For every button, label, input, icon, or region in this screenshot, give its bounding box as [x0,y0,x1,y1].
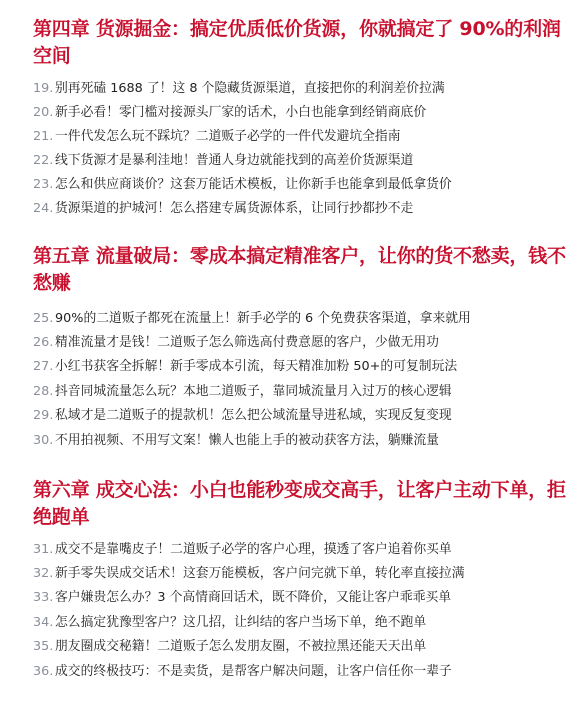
item-number: 20. [33,103,55,123]
list-item: 35.朋友圈成交秘籍！二道贩子怎么发朋友圈，不被拉黑还能天天出单 [33,637,426,657]
list-item: 36.成交的终极技巧：不是卖货，是帮客户解决问题，让客户信任你一辈子 [33,662,452,682]
item-number: 32. [33,564,55,584]
item-number: 33. [33,588,55,608]
item-text: 私域才是二道贩子的提款机！怎么把公域流量导进私域，实现反复变现 [55,408,452,423]
list-item: 27.小红书获客全拆解！新手零成本引流，每天精准加粉 50+的可复制玩法 [33,357,457,377]
item-text: 货源渠道的护城河！怎么搭建专属货源体系，让同行抄都抄不走 [55,201,413,216]
list-item: 31.成交不是靠嘴皮子！二道贩子必学的客户心理，摸透了客户追着你买单 [33,540,452,560]
item-text: 线下货源才是暴利洼地！普通人身边就能找到的高差价货源渠道 [55,153,413,168]
item-number: 21. [33,127,55,147]
item-number: 25. [33,309,55,329]
item-number: 19. [33,79,55,99]
item-text: 怎么和供应商谈价？这套万能话术模板，让你新手也能拿到最低拿货价 [55,177,452,192]
list-item: 32.新手零失误成交话术！这套万能模板，客户问完就下单，转化率直接拉满 [33,564,465,584]
list-item: 33.客户嫌贵怎么办？3 个高情商回话术，既不降价，又能让客户乖乖买单 [33,588,451,608]
item-text: 一件代发怎么玩不踩坑？二道贩子必学的一件代发避坑全指南 [55,129,401,144]
item-text: 成交不是靠嘴皮子！二道贩子必学的客户心理，摸透了客户追着你买单 [55,542,452,557]
item-text: 90%的二道贩子都死在流量上！新手必学的 6 个免费获客渠道，拿来就用 [55,311,471,326]
item-number: 36. [33,662,55,682]
list-item: 24.货源渠道的护城河！怎么搭建专属货源体系，让同行抄都抄不走 [33,199,413,219]
list-item: 34.怎么搞定犹豫型客户？这几招，让纠结的客户当场下单，绝不跑单 [33,613,426,633]
list-item: 25.90%的二道贩子都死在流量上！新手必学的 6 个免费获客渠道，拿来就用 [33,309,471,329]
item-number: 24. [33,199,55,219]
item-number: 30. [33,431,55,451]
item-number: 22. [33,151,55,171]
list-item: 19.别再死磕 1688 了！这 8 个隐藏货源渠道，直接把你的利润差价拉满 [33,79,445,99]
item-text: 不用拍视频、不用写文案！懒人也能上手的被动获客方法，躺赚流量 [55,433,439,448]
list-item: 22.线下货源才是暴利洼地！普通人身边就能找到的高差价货源渠道 [33,151,413,171]
item-text: 抖音同城流量怎么玩？本地二道贩子，靠同城流量月入过万的核心逻辑 [55,384,452,399]
item-text: 新手零失误成交话术！这套万能模板，客户问完就下单，转化率直接拉满 [55,566,465,581]
item-text: 客户嫌贵怎么办？3 个高情商回话术，既不降价，又能让客户乖乖买单 [55,590,451,605]
list-item: 28.抖音同城流量怎么玩？本地二道贩子，靠同城流量月入过万的核心逻辑 [33,382,452,402]
item-text: 别再死磕 1688 了！这 8 个隐藏货源渠道，直接把你的利润差价拉满 [55,81,445,96]
item-text: 朋友圈成交秘籍！二道贩子怎么发朋友圈，不被拉黑还能天天出单 [55,639,426,654]
chapter-title: 第六章 成交心法：小白也能秒变成交高手，让客户主动下单，拒绝跑单 [33,477,573,531]
item-number: 23. [33,175,55,195]
list-item: 21.一件代发怎么玩不踩坑？二道贩子必学的一件代发避坑全指南 [33,127,401,147]
item-number: 27. [33,357,55,377]
item-text: 新手必看！零门槛对接源头厂家的话术，小白也能拿到经销商底价 [55,105,426,120]
list-item: 20.新手必看！零门槛对接源头厂家的话术，小白也能拿到经销商底价 [33,103,426,123]
item-number: 35. [33,637,55,657]
list-item: 29.私域才是二道贩子的提款机！怎么把公域流量导进私域，实现反复变现 [33,406,452,426]
chapter-4: 第四章 货源掘金：搞定优质低价货源，你就搞定了 90%的利润空间 [33,16,573,70]
item-number: 34. [33,613,55,633]
item-text: 精准流量才是钱！二道贩子怎么筛选高付费意愿的客户，少做无用功 [55,335,439,350]
chapter-5: 第五章 流量破局：零成本搞定精准客户，让你的货不愁卖，钱不愁赚 [33,243,573,297]
item-number: 28. [33,382,55,402]
chapter-title: 第四章 货源掘金：搞定优质低价货源，你就搞定了 90%的利润空间 [33,16,573,70]
item-number: 31. [33,540,55,560]
item-number: 26. [33,333,55,353]
item-text: 怎么搞定犹豫型客户？这几招，让纠结的客户当场下单，绝不跑单 [55,615,426,630]
list-item: 30.不用拍视频、不用写文案！懒人也能上手的被动获客方法，躺赚流量 [33,431,439,451]
list-item: 26.精准流量才是钱！二道贩子怎么筛选高付费意愿的客户，少做无用功 [33,333,439,353]
item-text: 成交的终极技巧：不是卖货，是帮客户解决问题，让客户信任你一辈子 [55,664,452,679]
item-text: 小红书获客全拆解！新手零成本引流，每天精准加粉 50+的可复制玩法 [55,359,457,374]
chapter-6: 第六章 成交心法：小白也能秒变成交高手，让客户主动下单，拒绝跑单 [33,477,573,531]
list-item: 23.怎么和供应商谈价？这套万能话术模板，让你新手也能拿到最低拿货价 [33,175,452,195]
chapter-title: 第五章 流量破局：零成本搞定精准客户，让你的货不愁卖，钱不愁赚 [33,243,573,297]
item-number: 29. [33,406,55,426]
